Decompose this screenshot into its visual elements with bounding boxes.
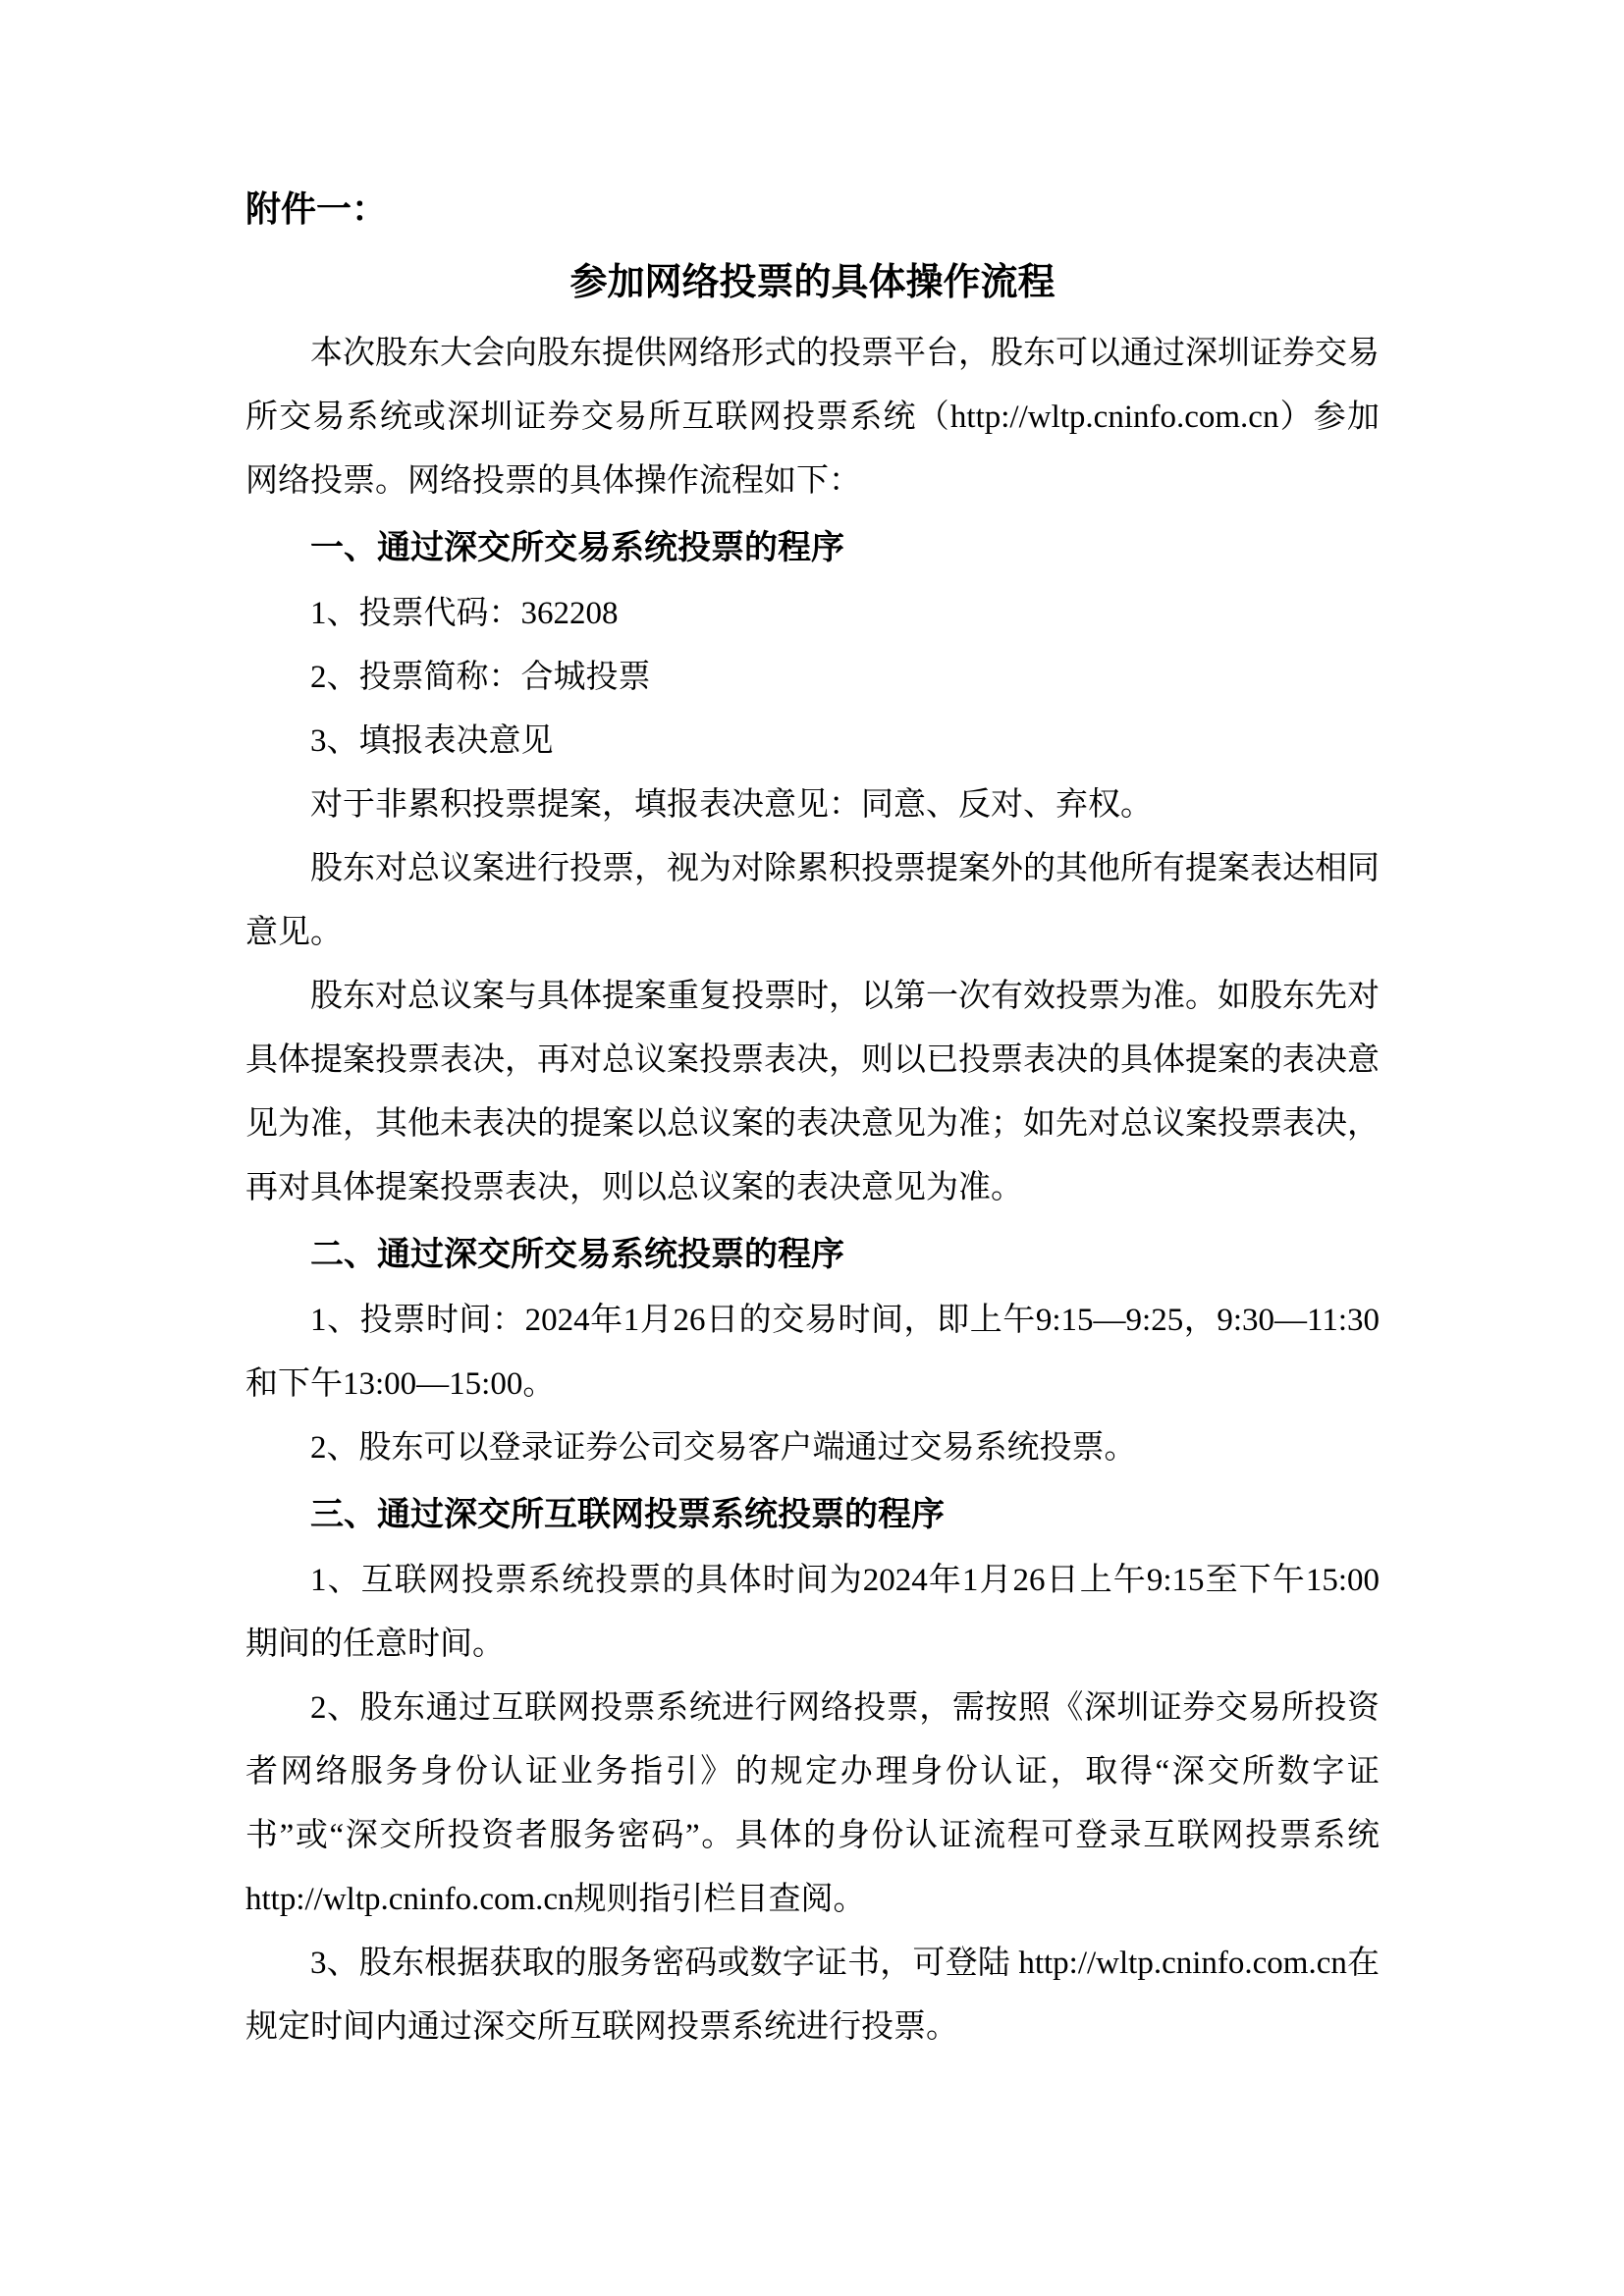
item-vote-time: 1、投票时间：2024年1月26日的交易时间，即上午9:15—9:25，9:30… — [245, 1289, 1380, 1416]
section-heading-2: 二、通过深交所交易系统投票的程序 — [245, 1220, 1380, 1289]
paragraph-duplicate-voting: 股东对总议案与具体提案重复投票时，以第一次有效投票为准。如股东先对具体提案投票表… — [245, 965, 1380, 1220]
item-internet-vote-time: 1、互联网投票系统投票的具体时间为2024年1月26日上午9:15至下午15:0… — [245, 1549, 1380, 1677]
item-login-internet-vote: 3、股东根据获取的服务密码或数字证书，可登陆 http://wltp.cninf… — [245, 1932, 1380, 2059]
item-identity-authentication: 2、股东通过互联网投票系统进行网络投票，需按照《深圳证券交易所投资者网络服务身份… — [245, 1677, 1380, 1932]
section-heading-1: 一、通过深交所交易系统投票的程序 — [245, 513, 1380, 582]
section-heading-3: 三、通过深交所互联网投票系统投票的程序 — [245, 1480, 1380, 1549]
attachment-label: 附件一： — [245, 175, 1380, 243]
paragraph-general-proposal: 股东对总议案进行投票，视为对除累积投票提案外的其他所有提案表达相同意见。 — [245, 837, 1380, 965]
document-title: 参加网络投票的具体操作流程 — [245, 243, 1380, 322]
document-page: 附件一： 参加网络投票的具体操作流程 本次股东大会向股东提供网络形式的投票平台，… — [0, 0, 1624, 2296]
item-vote-code: 1、投票代码：362208 — [245, 582, 1380, 646]
item-fill-opinion: 3、填报表决意见 — [245, 710, 1380, 774]
paragraph-intro: 本次股东大会向股东提供网络形式的投票平台，股东可以通过深圳证券交易所交易系统或深… — [245, 322, 1380, 513]
item-login-client: 2、股东可以登录证券公司交易客户端通过交易系统投票。 — [245, 1416, 1380, 1480]
item-vote-abbreviation: 2、投票简称：合城投票 — [245, 646, 1380, 710]
paragraph-non-cumulative: 对于非累积投票提案，填报表决意见：同意、反对、弃权。 — [245, 774, 1380, 837]
